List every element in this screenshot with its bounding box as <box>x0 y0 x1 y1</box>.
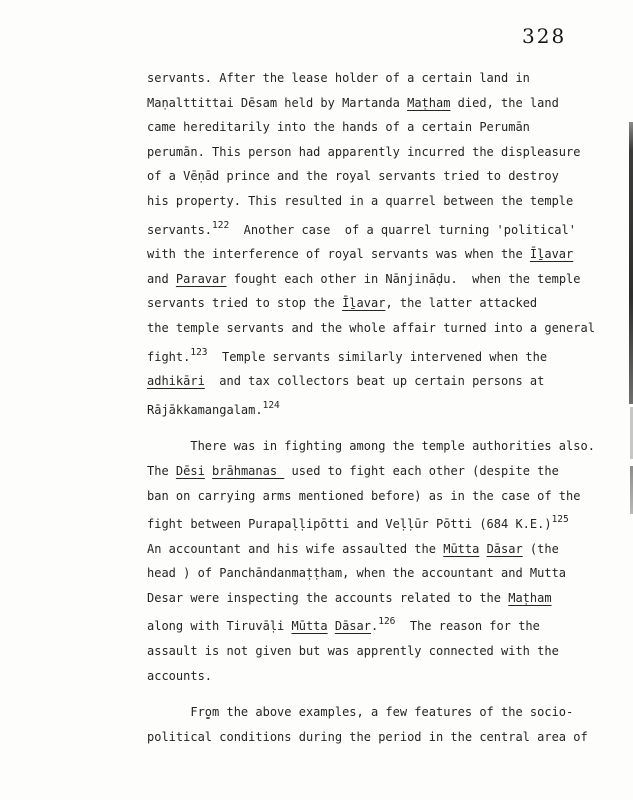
text-run: (the <box>523 542 559 556</box>
underlined-term: Dāsar <box>335 619 371 633</box>
text-line: fight between Purapaḷḷipōtti and Veḷḷūr … <box>147 508 617 537</box>
text-run: head ) of Panchāndanmaṭṭham, when the ac… <box>147 566 566 580</box>
text-line: the temple servants and the whole affair… <box>147 316 617 341</box>
text-run: and tax collectors beat up certain perso… <box>205 374 545 388</box>
text-run: Desar were inspecting the accounts relat… <box>147 591 508 605</box>
text-run: From the above examples, a few features … <box>147 705 573 719</box>
footnote-ref: 125 <box>552 514 569 525</box>
text-run: fight. <box>147 350 190 364</box>
text-run: servants. After the lease holder of a ce… <box>147 71 530 85</box>
text-run <box>205 464 212 478</box>
text-line: ban on carrying arms mentioned before) a… <box>147 484 617 509</box>
underlined-term: Mūtta <box>292 619 328 633</box>
text-run: with the interference of royal servants … <box>147 247 530 261</box>
text-line: of a Vēṇād prince and the royal servants… <box>147 164 617 189</box>
text-line: Maṇalttittai Dēsam held by Martanda Maṭh… <box>147 91 617 116</box>
text-run: used to fight each other (despite the <box>284 464 559 478</box>
text-run: the temple servants and the whole affair… <box>147 321 595 335</box>
text-line: From the above examples, a few features … <box>147 700 617 725</box>
text-run: and <box>147 272 176 286</box>
text-line: adhikāri and tax collectors beat up cert… <box>147 369 617 394</box>
text-line: There was in fighting among the temple a… <box>147 434 617 459</box>
text-run <box>328 619 335 633</box>
underlined-term: Maṭham <box>508 591 551 605</box>
text-run: An accountant and his wife assaulted the <box>147 542 443 556</box>
text-run <box>479 542 486 556</box>
paragraph: servants. After the lease holder of a ce… <box>147 66 617 422</box>
text-line: The Dēsi brāhmanas used to fight each ot… <box>147 459 617 484</box>
footnote-ref: 126 <box>378 616 395 627</box>
underlined-term: Mūtta <box>443 542 479 556</box>
text-run: political conditions during the period i… <box>147 730 588 744</box>
text-line: head ) of Panchāndanmaṭṭham, when the ac… <box>147 561 617 586</box>
text-line: accounts. <box>147 664 617 689</box>
text-run: The <box>147 464 176 478</box>
paragraph: From the above examples, a few features … <box>147 700 617 749</box>
scan-artifact-right-edge-dark <box>629 122 633 404</box>
underlined-term: Dēsi <box>176 464 205 478</box>
underlined-term: adhikāri <box>147 374 205 388</box>
document-body: servants. After the lease holder of a ce… <box>147 66 617 749</box>
text-run: servants tried to stop the <box>147 296 342 310</box>
underlined-term: Īḻavar <box>342 296 385 310</box>
text-run: fought each other in Nānjināḍu. when the… <box>226 272 580 286</box>
footnote-ref: 124 <box>263 400 280 411</box>
ink-dot-artifact <box>206 717 210 719</box>
text-run: assault is not given but was apprently c… <box>147 644 559 658</box>
text-run: Maṇalttittai Dēsam held by Martanda <box>147 96 407 110</box>
text-line: his property. This resulted in a quarrel… <box>147 189 617 214</box>
underlined-term: Paravar <box>176 272 227 286</box>
footnote-ref: 123 <box>190 347 207 358</box>
text-line: political conditions during the period i… <box>147 725 617 750</box>
text-run: along with Tiruvāḷi <box>147 619 292 633</box>
text-run: , the latter attacked <box>385 296 537 310</box>
underlined-term: brāhmanas <box>212 464 284 478</box>
text-run: servants. <box>147 223 212 237</box>
text-run: Rājākkamangalam. <box>147 403 263 417</box>
underlined-term: Maṭham <box>407 96 450 110</box>
text-run: There was in fighting among the temple a… <box>147 439 595 453</box>
footnote-ref: 122 <box>212 220 229 231</box>
underlined-term: Dāsar <box>487 542 523 556</box>
text-line: assault is not given but was apprently c… <box>147 639 617 664</box>
text-line: servants.122 Another case of a quarrel t… <box>147 214 617 243</box>
text-run: perumān. This person had apparently incu… <box>147 145 580 159</box>
page-number: 328 <box>522 24 566 48</box>
text-line: An accountant and his wife assaulted the… <box>147 537 617 562</box>
text-line: perumān. This person had apparently incu… <box>147 140 617 165</box>
paragraph: There was in fighting among the temple a… <box>147 434 617 688</box>
scanned-document-page: { "page_number": "328", "document": { "p… <box>0 0 633 800</box>
text-run: died, the land <box>450 96 558 110</box>
text-line: Rājākkamangalam.124 <box>147 394 617 423</box>
text-line: servants. After the lease holder of a ce… <box>147 66 617 91</box>
text-run: fight between Purapaḷḷipōtti and Veḷḷūr … <box>147 517 552 531</box>
text-run: Temple servants similarly intervened whe… <box>208 350 548 364</box>
text-line: Desar were inspecting the accounts relat… <box>147 586 617 611</box>
underlined-term: Īḻavar <box>530 247 573 261</box>
text-line: along with Tiruvāḷi Mūtta Dāsar.126 The … <box>147 610 617 639</box>
text-line: with the interference of royal servants … <box>147 242 617 267</box>
text-run: Another case of a quarrel turning 'polit… <box>229 223 576 237</box>
text-run: of a Vēṇād prince and the royal servants… <box>147 169 559 183</box>
text-run: accounts. <box>147 669 212 683</box>
text-run: his property. This resulted in a quarrel… <box>147 194 573 208</box>
text-line: came hereditarily into the hands of a ce… <box>147 115 617 140</box>
text-line: fight.123 Temple servants similarly inte… <box>147 341 617 370</box>
text-line: and Paravar fought each other in Nānjinā… <box>147 267 617 292</box>
text-run: The reason for the <box>395 619 540 633</box>
text-line: servants tried to stop the Īḻavar, the l… <box>147 291 617 316</box>
text-run: ban on carrying arms mentioned before) a… <box>147 489 580 503</box>
text-run: came hereditarily into the hands of a ce… <box>147 120 530 134</box>
